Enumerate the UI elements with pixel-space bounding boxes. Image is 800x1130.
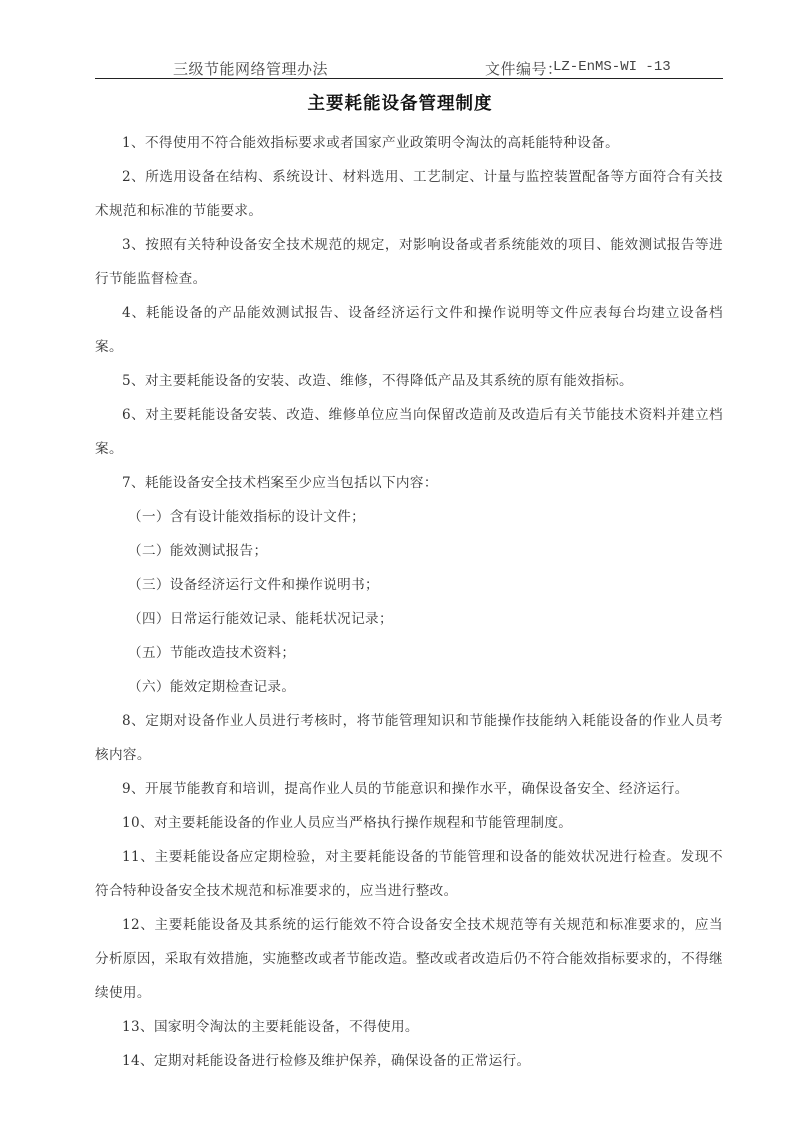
clause-7: 7、耗能设备安全技术档案至少应当包括以下内容： [95,466,723,500]
clause-2: 2、所选用设备在结构、系统设计、材料选用、工艺制定、计量与监控装置配备等方面符合… [95,160,723,228]
clause-13: 13、国家明令淘汰的主要耗能设备，不得使用。 [95,1010,723,1044]
clause-6: 6、对主要耗能设备安装、改造、维修单位应当向保留改造前及改造后有关节能技术资料并… [95,398,723,466]
clause-12: 12、主要耗能设备及其系统的运行能效不符合设备安全技术规范等有关规范和标准要求的… [95,908,723,1010]
sub-item-6: （六）能效定期检查记录。 [95,670,723,704]
clause-9: 9、开展节能教育和培训，提高作业人员的节能意识和操作水平，确保设备安全、经济运行… [95,772,723,806]
document-name: 三级节能网络管理办法 [173,58,328,79]
sub-item-4: （四）日常运行能效记录、能耗状况记录； [95,602,723,636]
clause-1: 1、不得使用不符合能效指标要求或者国家产业政策明令淘汰的高耗能特种设备。 [95,126,723,160]
sub-item-5: （五）节能改造技术资料； [95,636,723,670]
clause-11: 11、主要耗能设备应定期检验，对主要耗能设备的节能管理和设备的能效状况进行检查。… [95,840,723,908]
clause-14: 14、定期对耗能设备进行检修及维护保养，确保设备的正常运行。 [95,1044,723,1078]
document-code-value: LZ-EnMS-WI -13 [553,59,671,75]
document-body: 1、不得使用不符合能效指标要求或者国家产业政策明令淘汰的高耗能特种设备。 2、所… [95,126,723,1078]
clause-4: 4、耗能设备的产品能效测试报告、设备经济运行文件和操作说明等文件应表每台均建立设… [95,296,723,364]
sub-item-2: （二）能效测试报告； [95,534,723,568]
clause-3: 3、按照有关特种设备安全技术规范的规定，对影响设备或者系统能效的项目、能效测试报… [95,228,723,296]
document-code-label: 文件编号： [485,58,563,79]
clause-5: 5、对主要耗能设备的安装、改造、维修，不得降低产品及其系统的原有能效指标。 [95,364,723,398]
sub-item-3: （三）设备经济运行文件和操作说明书； [95,568,723,602]
page-header: 三级节能网络管理办法 文件编号： LZ-EnMS-WI -13 [95,56,723,79]
sub-item-1: （一）含有设计能效指标的设计文件； [95,500,723,534]
clause-8: 8、定期对设备作业人员进行考核时，将节能管理知识和节能操作技能纳入耗能设备的作业… [95,704,723,772]
page-title: 主要耗能设备管理制度 [0,90,800,115]
clause-10: 10、对主要耗能设备的作业人员应当严格执行操作规程和节能管理制度。 [95,806,723,840]
